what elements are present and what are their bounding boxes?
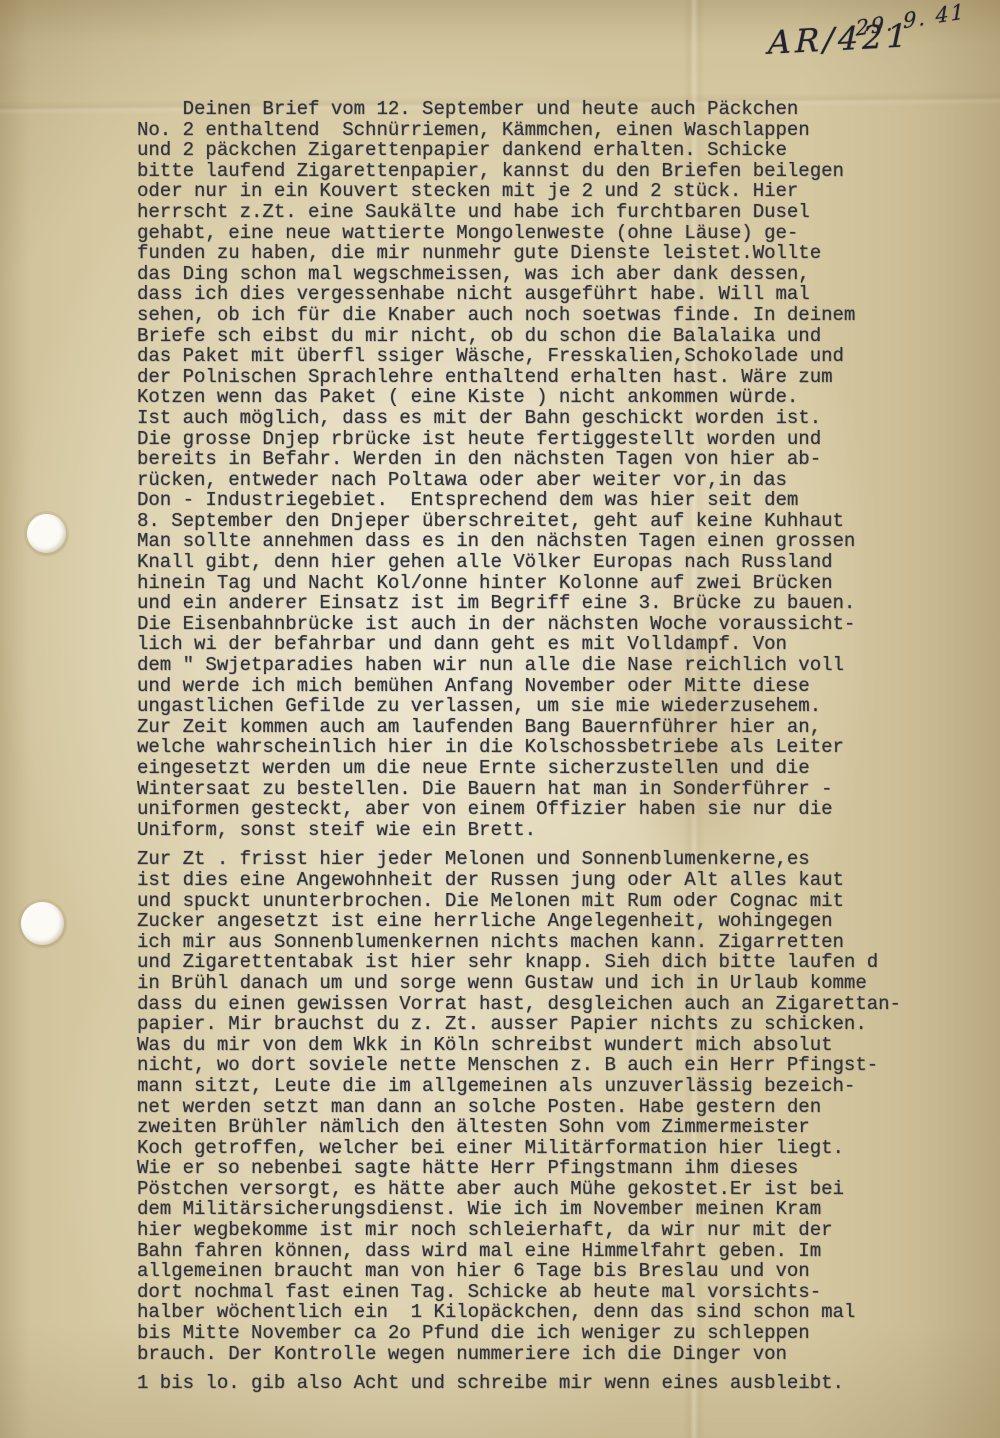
letter-line: papier. Mir brauchst du z. Zt. ausser Pa… — [137, 1014, 997, 1035]
letter-line: sehen, ob ich für die Knaber auch noch s… — [137, 305, 997, 326]
letter-line: ungastlichen Gefilde zu verlassen, um si… — [137, 696, 997, 717]
letter-line: Zur Zeit kommen auch am laufenden Bang B… — [137, 717, 997, 738]
letter-line: net werden setzt man dann an solche Post… — [137, 1097, 997, 1118]
letter-line: allgemeinen braucht man von hier 6 Tage … — [137, 1261, 997, 1282]
handwritten-annotation: AR/421 29. 9. 41 — [740, 0, 1000, 90]
letter-line: und spuckt ununterbrochen. Die Melonen m… — [137, 891, 997, 912]
letter-line: dem " Swjetparadies haben wir nun alle d… — [137, 655, 997, 676]
letter-line: ist dies eine Angewohnheit der Russen ju… — [137, 870, 997, 891]
letter-line: und 2 päckchen Zigarettenpapier dankend … — [137, 140, 997, 161]
letter-line: lich wi der befahrbar und dann geht es m… — [137, 634, 997, 655]
letter-line: Koch getroffen, welcher bei einer Militä… — [137, 1138, 997, 1159]
letter-line: Pöstchen versorgt, es hätte aber auch Mü… — [137, 1179, 997, 1200]
letter-body: Deinen Brief vom 12. September und heute… — [137, 99, 997, 1394]
letter-line: Uniform, sonst steif wie ein Brett. — [137, 820, 997, 841]
letter-line: gehabt, eine neue wattierte Mongolenwest… — [137, 223, 997, 244]
letter-line: ich mir aus Sonnenblumenkernen nichts ma… — [137, 932, 997, 953]
letter-line: Ist auch möglich, dass es mit der Bahn g… — [137, 408, 997, 429]
letter-line: herrscht z.Zt. eine Saukälte und habe ic… — [137, 202, 997, 223]
letter-line: in Brühl danach um und sorge wenn Gustaw… — [137, 973, 997, 994]
letter-line: Die Eisenbahnbrücke ist auch in der näch… — [137, 614, 997, 635]
letter-line: Wintersaat zu bestellen. Die Bauern hat … — [137, 779, 997, 800]
letter-line: Die grosse Dnjep rbrücke ist heute ferti… — [137, 429, 997, 450]
letter-line: oder nur in ein Kouvert stecken mit je 2… — [137, 181, 997, 202]
letter-line: und ein anderer Einsatz ist im Begriff e… — [137, 593, 997, 614]
letter-line: uniformen gesteckt, aber von einem Offiz… — [137, 799, 997, 820]
letter-line: Deinen Brief vom 12. September und heute… — [137, 99, 997, 120]
letter-line: Kotzen wenn das Paket ( eine Kiste ) nic… — [137, 387, 997, 408]
letter-line: der Polnischen Sprachlehre enthaltend er… — [137, 367, 997, 388]
letter-line: funden zu haben, die mir nunmehr gute Di… — [137, 243, 997, 264]
letter-line: brauch. Der Kontrolle wegen nummeriere i… — [137, 1344, 997, 1365]
letter-line: halber wöchentlich ein 1 Kilopäckchen, d… — [137, 1302, 997, 1323]
letter-line: welche wahrscheinlich hier in die Kolsch… — [137, 737, 997, 758]
letter-line: eingesetzt werden um die neue Ernte sich… — [137, 758, 997, 779]
letter-line: 8. September den Dnjeper überschreitet, … — [137, 511, 997, 532]
letter-line: bis Mitte November ca 2o Pfund die ich w… — [137, 1323, 997, 1344]
letter-line: Was du mir von dem Wkk in Köln schreibst… — [137, 1035, 997, 1056]
letter-line: bitte laufend Zigarettenpapier, kannst d… — [137, 161, 997, 182]
letter-line: dass ich dies vergessenhabe nicht ausgef… — [137, 284, 997, 305]
punch-hole-top — [27, 514, 66, 553]
letter-line: Knall gibt, denn hier gehen alle Völker … — [137, 552, 997, 573]
letter-line: zweiten Brühler nämlich den ältesten Soh… — [137, 1117, 997, 1138]
letter-line: No. 2 enthaltend Schnürriemen, Kämmchen,… — [137, 120, 997, 141]
letter-page: AR/421 29. 9. 41 Deinen Brief vom 12. Se… — [0, 0, 1000, 1438]
letter-line: Zur Zt . frisst hier jeder Melonen und S… — [137, 849, 997, 870]
letter-line: das Paket mit überfl ssiger Wäsche, Fres… — [137, 346, 997, 367]
letter-line: rücken, entweder nach Poltawa oder aber … — [137, 470, 997, 491]
letter-line: mann sitzt, Leute die im allgemeinen als… — [137, 1076, 997, 1097]
letter-line: Don - Industriegebiet. Entsprechend dem … — [137, 490, 997, 511]
letter-line: Briefe sch eibst du mir nicht, ob du sch… — [137, 326, 997, 347]
letter-line: Man sollte annehmen dass es in den nächs… — [137, 531, 997, 552]
letter-line: dass du einen gewissen Vorrat hast, desg… — [137, 994, 997, 1015]
letter-line: und werde ich mich bemühen Anfang Novemb… — [137, 676, 997, 697]
letter-line: Zucker angesetzt ist eine herrliche Ange… — [137, 911, 997, 932]
letter-line: dort nochmal fast einen Tag. Schicke ab … — [137, 1282, 997, 1303]
letter-line: hier wegbekomme ist mir noch schleierhaf… — [137, 1220, 997, 1241]
punch-hole-bottom — [21, 902, 64, 945]
letter-line: Wie er so nebenbei sagte hätte Herr Pfin… — [137, 1158, 997, 1179]
letter-line: Bahn fahren können, dass wird mal eine H… — [137, 1241, 997, 1262]
letter-line: bereits in Befahr. Werden in den nächste… — [137, 449, 997, 470]
letter-line: hinein Tag und Nacht Kol/onne hinter Kol… — [137, 573, 997, 594]
letter-line: das Ding schon mal wegschmeissen, was ic… — [137, 264, 997, 285]
letter-line: und Zigarettentabak ist hier sehr knapp.… — [137, 952, 997, 973]
letter-line: 1 bis lo. gib also Acht und schreibe mir… — [137, 1373, 997, 1394]
letter-line: nicht, wo dort soviele nette Menschen z.… — [137, 1055, 997, 1076]
letter-line: dem Militärsicherungsdienst. Wie ich im … — [137, 1199, 997, 1220]
